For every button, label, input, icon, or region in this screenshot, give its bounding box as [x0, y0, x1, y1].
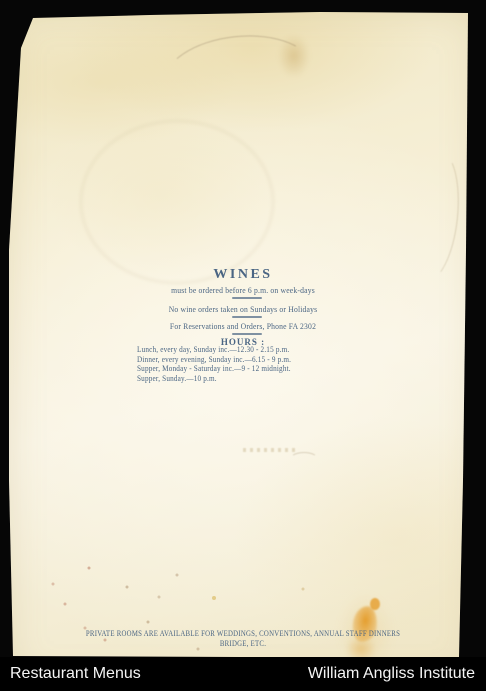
bleedthrough-ring-mark — [80, 120, 274, 284]
hours-line-supper-weekday: Supper, Monday - Saturday inc.—9 - 12 mi… — [137, 364, 291, 374]
bleedthrough-text-mark — [243, 448, 295, 452]
wines-heading: WINES — [0, 267, 486, 283]
institute-label: William Angliss Institute — [308, 665, 475, 683]
wines-order-note: must be ordered before 6 p.m. on week-da… — [24, 285, 461, 295]
pencil-squiggle-mark — [401, 148, 465, 285]
speckle-marks — [0, 0, 2, 2]
pencil-arc-mark — [159, 28, 319, 125]
separator-rule — [232, 316, 262, 318]
no-wine-orders-note: No wine orders taken on Sundays or Holid… — [24, 304, 461, 314]
menu-paper: WINES must be ordered before 6 p.m. on w… — [0, 0, 486, 691]
footer-bar: Restaurant Menus William Angliss Institu… — [0, 657, 486, 691]
amber-stain-dot — [370, 598, 380, 610]
private-rooms-note-line2: BRIDGE, ETC. — [36, 639, 449, 648]
collection-label: Restaurant Menus — [10, 665, 141, 683]
private-rooms-note-line1: PRIVATE ROOMS ARE AVAILABLE FOR WEDDINGS… — [36, 629, 449, 638]
scanned-menu-page: WINES must be ordered before 6 p.m. on w… — [0, 0, 486, 691]
smudge-mark — [278, 34, 310, 78]
reservations-note: For Reservations and Orders, Phone FA 23… — [24, 321, 461, 331]
hours-list: Lunch, every day, Sunday inc.—12.30 - 2.… — [137, 345, 291, 383]
separator-rule — [232, 333, 262, 335]
small-arc-mark — [290, 452, 318, 466]
hours-line-dinner: Dinner, every evening, Sunday inc.—6.15 … — [137, 355, 291, 365]
hours-line-lunch: Lunch, every day, Sunday inc.—12.30 - 2.… — [137, 345, 291, 355]
separator-rule — [232, 297, 262, 299]
hours-line-supper-sunday: Supper, Sunday.—10 p.m. — [137, 374, 291, 384]
